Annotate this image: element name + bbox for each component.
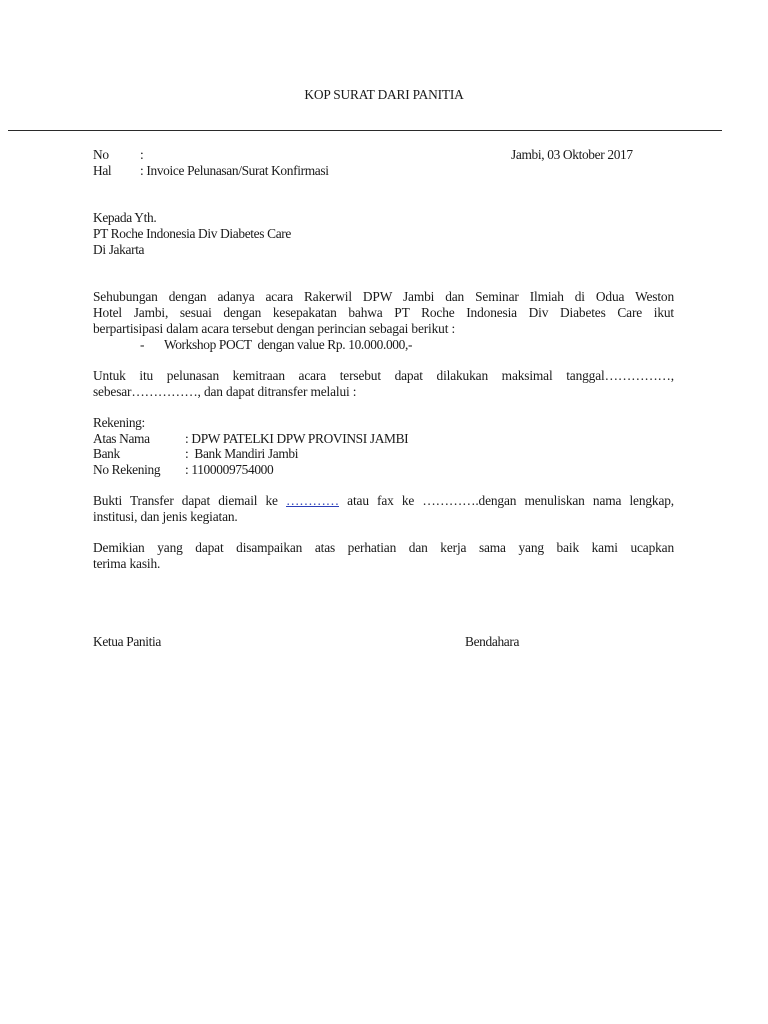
bullet-item-workshop: Workshop POCT dengan value Rp. 10.000.00… [164,337,412,353]
paragraph-intro-line-2: Hotel Jambi, sesuai dengan kesepakatan b… [93,305,674,321]
paragraph-intro: Sehubungan dengan adanya acara Rakerwil … [93,289,674,337]
letterhead-title: KOP SURAT DARI PANITIA [0,87,768,103]
paragraph-payment-line-1: Untuk itu pelunasan kemitraan acara ters… [93,368,674,384]
subject-label: Hal [93,163,111,179]
bullet-marker: - [140,337,144,353]
number-label: No [93,147,109,163]
paragraph-closing-line-2: terima kasih. [93,556,674,572]
account-number-value: : 1100009754000 [185,462,273,478]
recipient-company: PT Roche Indonesia Div Diabetes Care [93,226,291,242]
account-name-value: : DPW PATELKI DPW PROVINSI JAMBI [185,431,408,447]
signature-chairman: Ketua Panitia [93,634,161,650]
signature-treasurer: Bendahara [465,634,519,650]
paragraph-transfer-proof: Bukti Transfer dapat diemail ke ………… ata… [93,493,674,525]
account-bank-value: : Bank Mandiri Jambi [185,446,298,462]
number-separator: : [140,147,143,163]
place-date: Jambi, 03 Oktober 2017 [511,147,633,163]
subject-value: : Invoice Pelunasan/Surat Konfirmasi [140,163,329,179]
account-heading: Rekening: [93,415,145,431]
paragraph-transfer-proof-line-1: Bukti Transfer dapat diemail ke ………… ata… [93,493,674,509]
recipient-city: Di Jakarta [93,242,144,258]
letter-page: KOP SURAT DARI PANITIA No : Jambi, 03 Ok… [0,0,768,1024]
fax-text: atau fax ke ………….dengan menuliskan nama … [339,493,674,508]
email-link[interactable]: ………… [286,493,339,508]
recipient-salutation: Kepada Yth. [93,210,156,226]
paragraph-payment: Untuk itu pelunasan kemitraan acara ters… [93,368,674,400]
paragraph-transfer-proof-line-2: institusi, dan jenis kegiatan. [93,509,674,525]
transfer-proof-text: Bukti Transfer dapat diemail ke [93,493,286,508]
account-name-label: Atas Nama [93,431,150,447]
paragraph-payment-line-2: sebesar……………, dan dapat ditransfer melal… [93,384,674,400]
paragraph-closing: Demikian yang dapat disampaikan atas per… [93,540,674,572]
paragraph-intro-line-1: Sehubungan dengan adanya acara Rakerwil … [93,289,674,305]
account-bank-label: Bank [93,446,120,462]
letterhead-divider [8,130,722,131]
account-number-label: No Rekening [93,462,160,478]
paragraph-intro-line-3: berpartisipasi dalam acara tersebut deng… [93,321,674,337]
paragraph-closing-line-1: Demikian yang dapat disampaikan atas per… [93,540,674,556]
